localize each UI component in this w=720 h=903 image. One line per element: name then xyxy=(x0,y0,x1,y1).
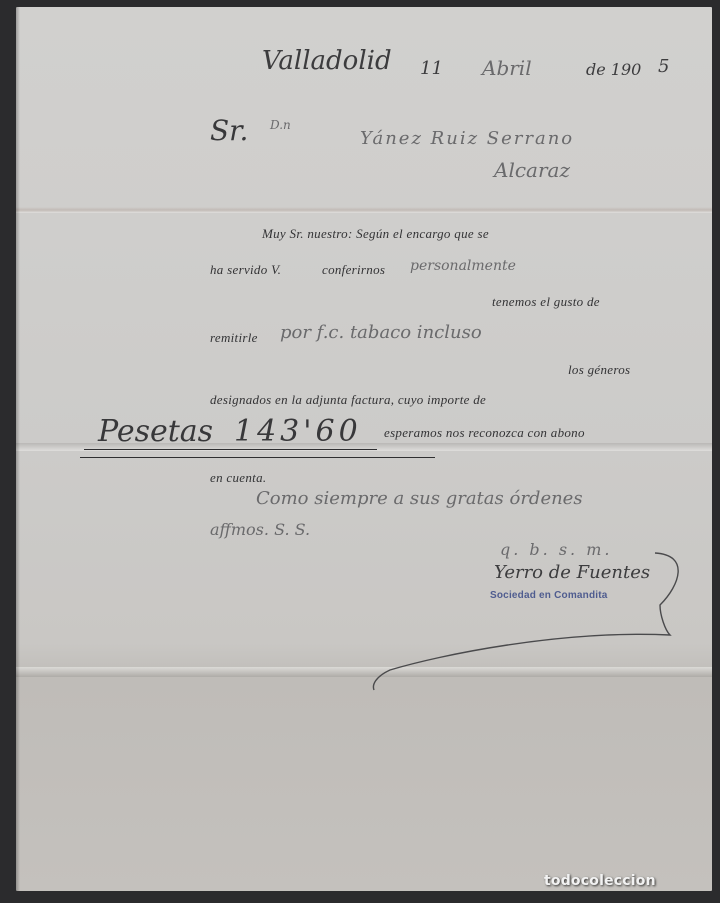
letter-day: 11 xyxy=(420,58,443,79)
paper-edge-shadow xyxy=(16,7,20,891)
body-line-7: esperamos nos reconozca con abono xyxy=(384,425,585,441)
todocoleccion-watermark: todocoleccion xyxy=(544,873,656,889)
letter-year-prefix: de 190 xyxy=(586,60,641,79)
addressee-honorific: D.n xyxy=(270,118,291,132)
letter-year-suffix: 5 xyxy=(658,56,669,77)
body-line-2-handwritten: personalmente xyxy=(410,258,516,274)
body-line-5: los géneros xyxy=(568,362,630,378)
signature-flourish xyxy=(360,545,700,695)
closing-line-1: Como siempre a sus gratas órdenes xyxy=(256,488,583,509)
closing-line-2: affmos. S. S. xyxy=(210,520,310,539)
body-line-1: Muy Sr. nuestro: Según el encargo que se xyxy=(262,226,489,242)
body-line-4-printed: remitirle xyxy=(210,330,258,346)
amount-underline xyxy=(80,457,435,458)
amount-currency-label: Pesetas xyxy=(98,414,213,449)
amount-underline xyxy=(84,449,377,450)
body-line-6: designados en la adjunta factura, cuyo i… xyxy=(210,392,486,408)
paper-fold-line xyxy=(16,207,712,213)
letter-month: Abril xyxy=(482,56,532,80)
letter-place: Valladolid xyxy=(262,46,392,76)
photo-frame: Valladolid 11 Abril de 190 5 Sr. D.n Yán… xyxy=(0,0,720,903)
body-line-3: tenemos el gusto de xyxy=(492,294,600,310)
body-line-2-printed: ha servido V. xyxy=(210,262,281,278)
body-line-2-conferirnos: conferirnos xyxy=(322,262,385,278)
addressee-city: Alcaraz xyxy=(494,158,570,182)
body-line-4-handwritten: por f.c. tabaco incluso xyxy=(280,322,482,343)
addressee-salutation: Sr. xyxy=(210,114,248,147)
amount-value: 143'60 xyxy=(234,414,362,449)
addressee-name: Yánez Ruiz Serrano xyxy=(360,128,574,149)
body-line-8: en cuenta. xyxy=(210,470,266,486)
